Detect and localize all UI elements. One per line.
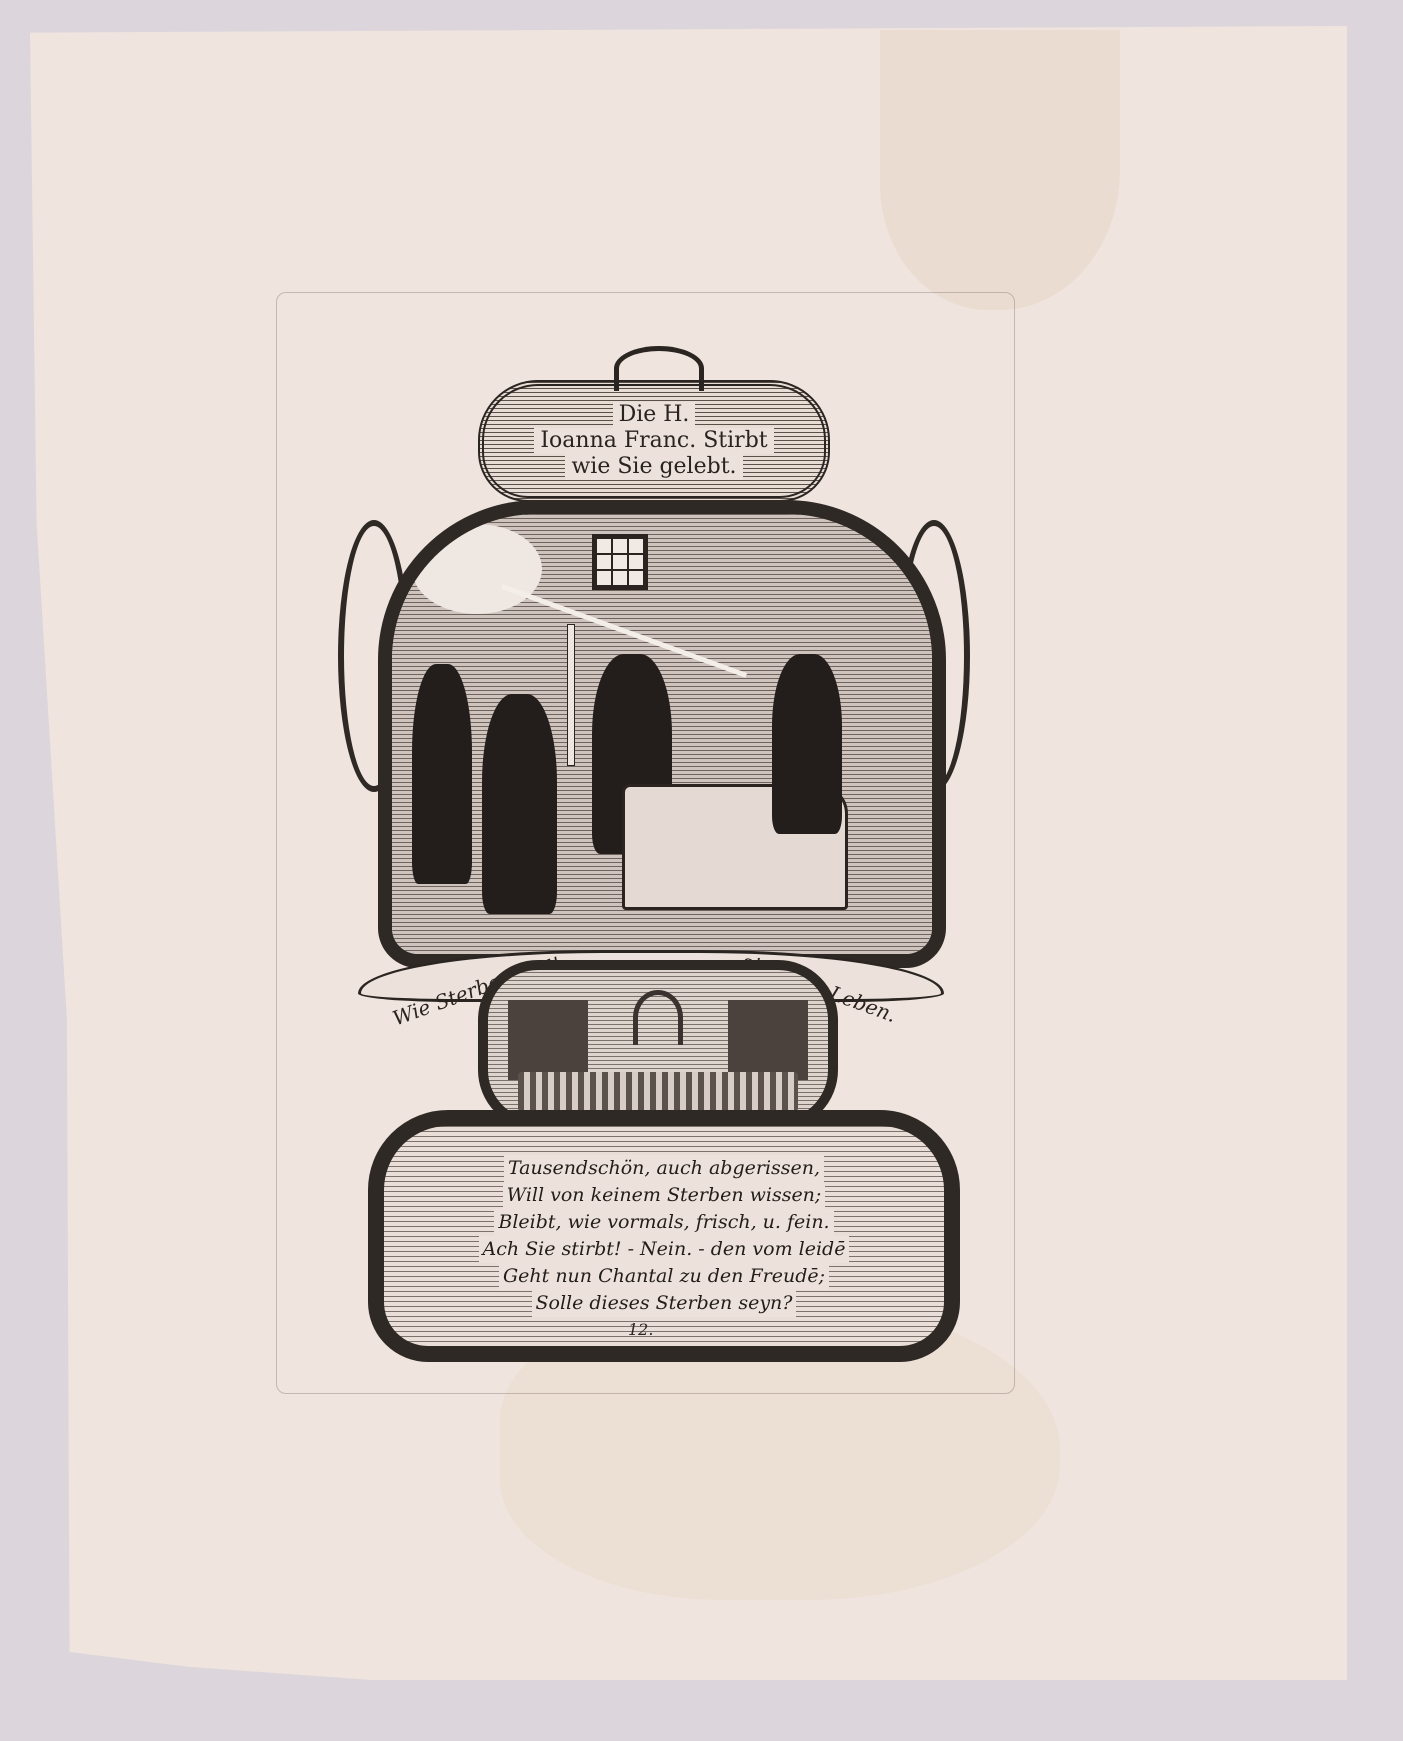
kneeling-nun [482,694,557,914]
poem-cartouche: Tausendschön, auch abgerissen, Will von … [368,1110,960,1362]
plate-number: 12. [628,1320,653,1339]
poem-line-4: Ach Sie stirbt! - Nein. - den vom leidē [479,1236,850,1263]
garden-medallion [478,960,838,1130]
crest-ornament [614,346,704,391]
poem-line-3: Bleibt, wie vormals, frisch, u. fein. [494,1209,833,1236]
title-line-3: wie Sie gelebt. [565,454,742,480]
title-line-1: Die H. [613,402,696,428]
title-line-2: Ioanna Franc. Stirbt [534,428,773,454]
poem-line-2: Will von keinem Sterben wissen; [503,1182,826,1209]
engraving: Die H. Ioanna Franc. Stirbt wie Sie gele… [338,320,958,1340]
parterre [518,1072,798,1112]
title-cartouche: Die H. Ioanna Franc. Stirbt wie Sie gele… [478,380,830,502]
hedge-right [728,1000,808,1080]
water-stain-top [880,30,1120,310]
hedge-left [508,1000,588,1080]
poem-line-5: Geht nun Chantal zu den Freudē; [499,1263,829,1290]
saint-in-clouds [412,524,542,614]
praying-nun [412,664,472,884]
window [592,534,648,590]
garden-arch [633,990,683,1045]
candle [567,624,575,766]
attending-nun [772,654,842,834]
poem-line-1: Tausendschön, auch abgerissen, [504,1155,824,1182]
poem-line-6: Solle dieses Sterben seyn? [532,1290,797,1317]
deathbed-scene [378,500,946,968]
